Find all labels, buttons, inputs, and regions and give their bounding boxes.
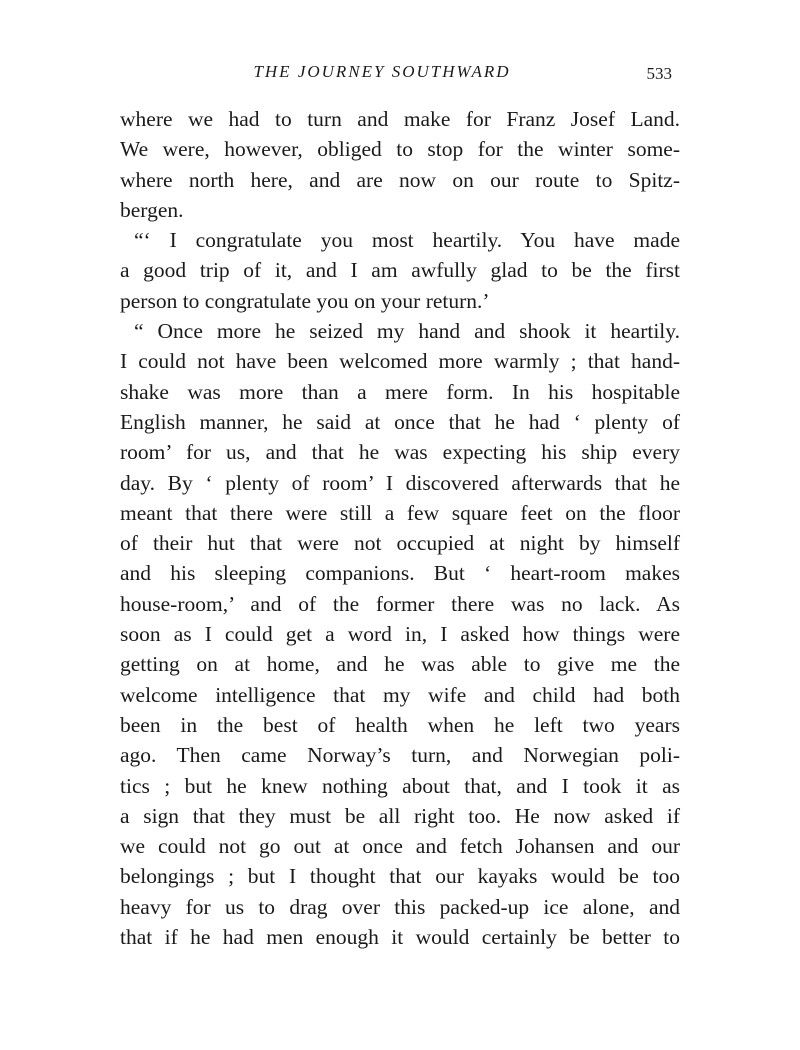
text-line: we could not go out at once and fetch Jo… (120, 831, 680, 861)
text-line: ago. Then came Norway’s turn, and Norweg… (120, 740, 680, 770)
text-line: “ Once more he seized my hand and shook … (120, 316, 680, 346)
running-head: THE JOURNEY SOUTHWARD 533 (120, 60, 680, 86)
text-line: a sign that they must be all right too. … (120, 801, 680, 831)
text-line: bergen. (120, 195, 680, 225)
page-number: 533 (647, 64, 673, 84)
text-line: We were, however, obliged to stop for th… (120, 134, 680, 164)
text-line: “‘ I congratulate you most heartily. You… (120, 225, 680, 255)
text-line: heavy for us to drag over this packed-up… (120, 892, 680, 922)
body-text: where we had to turn and make for Franz … (120, 104, 680, 952)
text-line: English manner, he said at once that he … (120, 407, 680, 437)
text-line: house-room,’ and of the former there was… (120, 589, 680, 619)
text-line: person to congratulate you on your retur… (120, 286, 680, 316)
text-line: a good trip of it, and I am awfully glad… (120, 255, 680, 285)
text-line: where north here, and are now on our rou… (120, 165, 680, 195)
text-line: belongings ; but I thought that our kaya… (120, 861, 680, 891)
text-line: where we had to turn and make for Franz … (120, 104, 680, 134)
text-line: of their hut that were not occupied at n… (120, 528, 680, 558)
text-line: I could not have been welcomed more warm… (120, 346, 680, 376)
running-title: THE JOURNEY SOUTHWARD (120, 62, 680, 82)
text-line: and his sleeping companions. But ‘ heart… (120, 558, 680, 588)
text-line: welcome intelligence that my wife and ch… (120, 680, 680, 710)
text-line: tics ; but he knew nothing about that, a… (120, 771, 680, 801)
text-line: soon as I could get a word in, I asked h… (120, 619, 680, 649)
book-page: THE JOURNEY SOUTHWARD 533 where we had t… (0, 0, 800, 1050)
text-line: been in the best of health when he left … (120, 710, 680, 740)
text-line: getting on at home, and he was able to g… (120, 649, 680, 679)
text-line: meant that there were still a few square… (120, 498, 680, 528)
text-line: room’ for us, and that he was expecting … (120, 437, 680, 467)
text-line: shake was more than a mere form. In his … (120, 377, 680, 407)
text-line: that if he had men enough it would certa… (120, 922, 680, 952)
text-line: day. By ‘ plenty of room’ I discovered a… (120, 468, 680, 498)
